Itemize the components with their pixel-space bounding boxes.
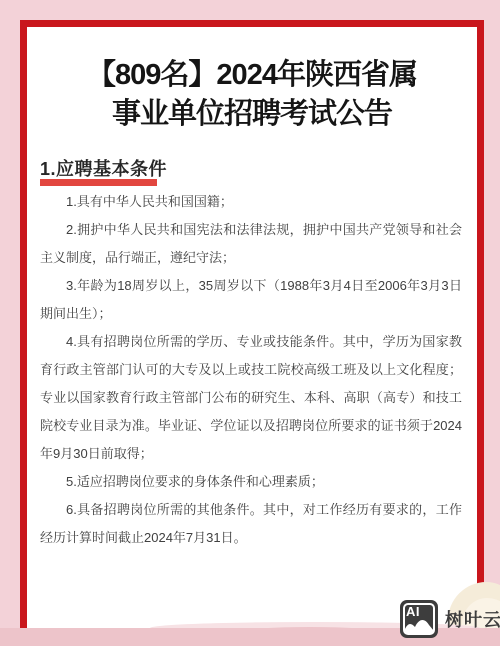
watermark: AI 树叶云 [400, 600, 500, 638]
ai-image-icon: AI [400, 600, 438, 638]
condition-item-3: 3.年龄为18周岁以上，35周岁以下（1988年3月4日至2006年3月3日期间… [40, 272, 462, 328]
condition-item-5: 5.适应招聘岗位要求的身体条件和心理素质； [40, 468, 462, 496]
page-title-line2: 事业单位招聘考试公告 [27, 95, 477, 134]
watermark-label: 树叶云 [445, 606, 500, 632]
condition-item-2: 2.拥护中华人民共和国宪法和法律法规，拥护中国共产党领导和社会主义制度，品行端正… [40, 216, 462, 272]
condition-item-6: 6.具备招聘岗位所需的其他条件。其中，对工作经历有要求的，工作经历计算时间截止2… [40, 496, 462, 552]
page-title-line1: 【809名】2024年陕西省属 [27, 56, 477, 95]
page-title: 【809名】2024年陕西省属 事业单位招聘考试公告 [27, 56, 477, 134]
condition-item-4: 4.具有招聘岗位所需的学历、专业或技能条件。其中，学历为国家教育行政主管部门认可… [40, 328, 462, 468]
section-heading: 1.应聘基本条件 [40, 155, 167, 181]
condition-item-1: 1.具有中华人民共和国国籍； [40, 188, 462, 216]
conditions-list: 1.具有中华人民共和国国籍； 2.拥护中华人民共和国宪法和法律法规，拥护中国共产… [40, 188, 462, 552]
announcement-poster: 【809名】2024年陕西省属 事业单位招聘考试公告 1.应聘基本条件 1.具有… [0, 0, 500, 646]
mountain-icon [400, 600, 438, 638]
